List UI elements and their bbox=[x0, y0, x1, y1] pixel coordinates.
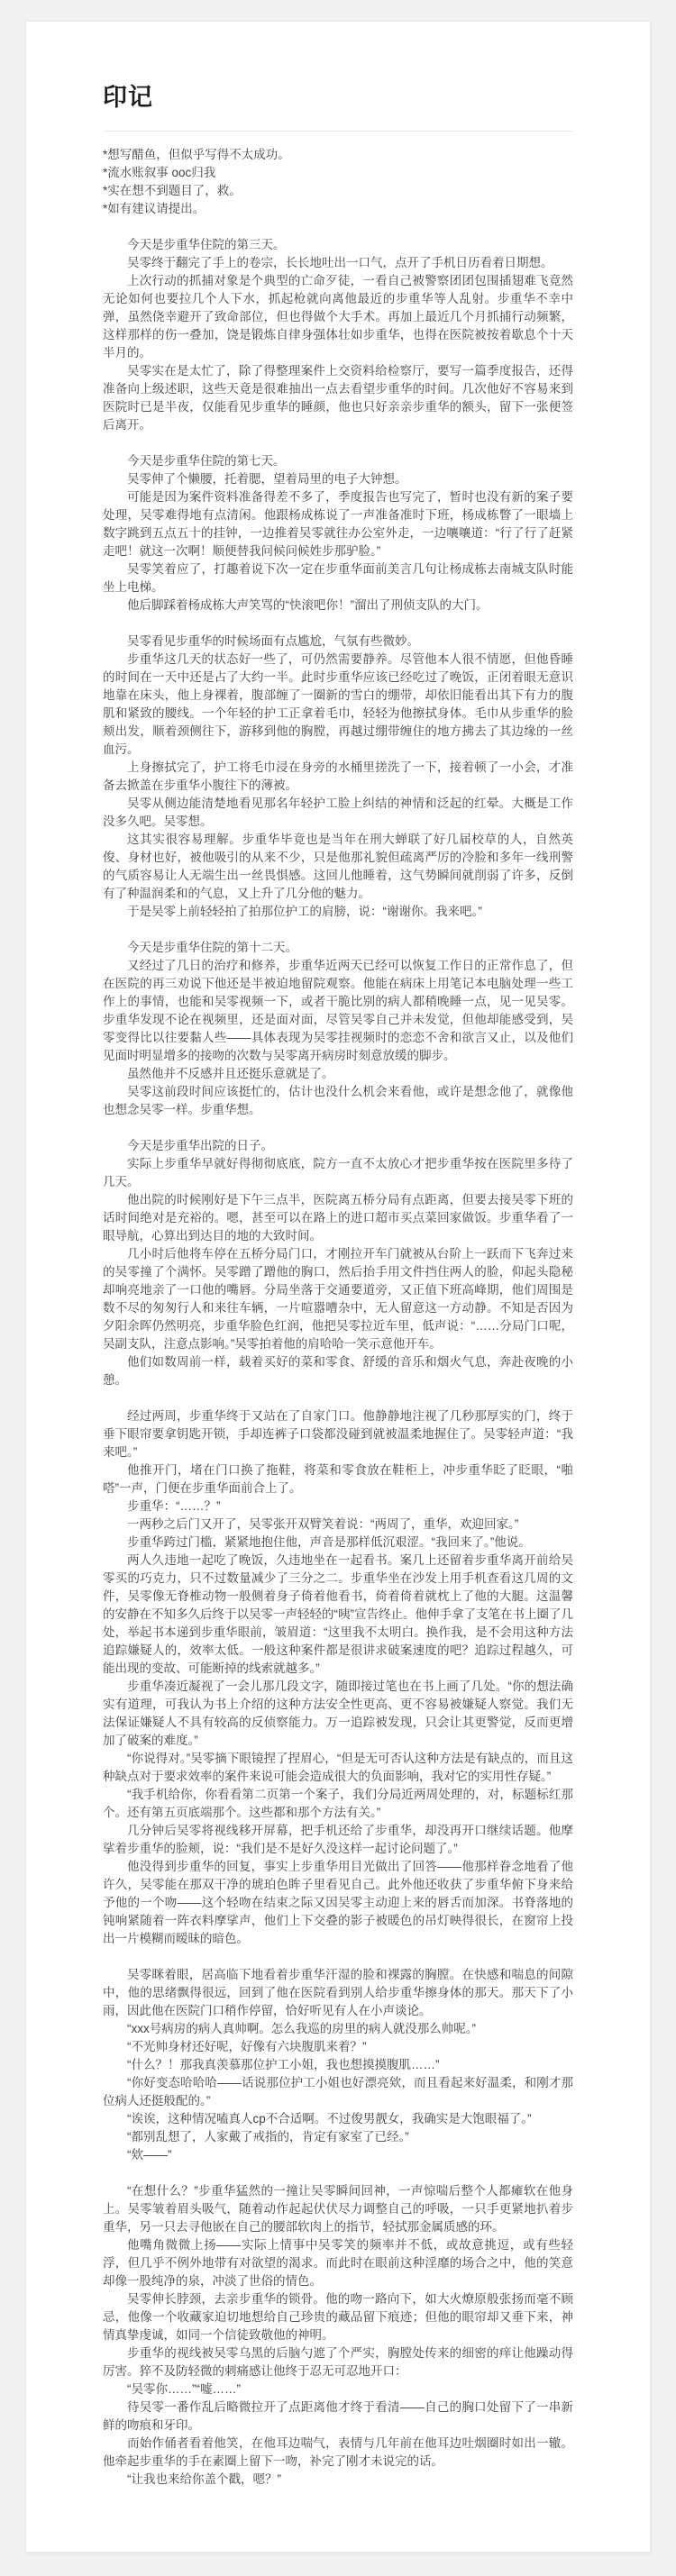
story-section: 经过两周，步重华终于又站在了自家门口。他静静地注视了几秒那厚实的门，终于垂下眼帘… bbox=[103, 1407, 573, 1948]
story-section: 吴零看见步重华的时候场面有点尴尬，气氛有些微妙。步重华这几天的状态好一些了，可仍… bbox=[103, 633, 573, 921]
story-paragraph: 虽然他并不反感并且还挺乐意就是了。 bbox=[103, 1065, 573, 1083]
story-paragraph: 今天是步重华出院的日子。 bbox=[103, 1137, 573, 1155]
author-notes: *想写醋鱼，但似乎写得不太成功。*流水账叙事 ooc归我*实在想不到题目了，救。… bbox=[103, 146, 573, 218]
story-paragraph: 可能是因为案件资料准备得差不多了，季度报告也写完了，暂时也没有新的案子要处理，吴… bbox=[103, 488, 573, 560]
story-paragraph: 经过两周，步重华终于又站在了自家门口。他静静地注视了几秒那厚实的门，终于垂下眼帘… bbox=[103, 1407, 573, 1461]
story-paragraph: 上身擦拭完了，护工将毛巾浸在身旁的水桶里搓洗了一下，接着顿了一小会，才准备去掀盖… bbox=[103, 759, 573, 795]
author-note-line: *流水账叙事 ooc归我 bbox=[103, 164, 573, 182]
story-paragraph: 上次行动的抓捕对象是个典型的亡命歹徒，一看自己被警察团团包围插翅难飞竟然无论如何… bbox=[103, 272, 573, 362]
story-paragraph: “你说得对。”吴零摘下眼镜捏了捏眉心，“但是无可否认这种方法是有缺点的，而且这种… bbox=[103, 1750, 573, 1786]
story-paragraph: “吴零你……”“嘘……” bbox=[103, 2380, 573, 2399]
story-paragraph: 步重华的视线被吴零乌黑的后脑勺遮了个严实，胸膛处传来的细密的痒让他躁动得厉害。猝… bbox=[103, 2344, 573, 2380]
story-paragraph: 步重华凑近凝视了一会儿那几段文字，随即接过笔也在书上画了几处。“你的想法确实有道… bbox=[103, 1678, 573, 1750]
story-paragraph: 步重华：“……？” bbox=[103, 1497, 573, 1516]
story-paragraph: “不光帅身材还好呢，好像有六块腹肌来着？” bbox=[103, 2038, 573, 2056]
story-paragraph: 而始作俑者看着他笑，在他耳边喘气，表情与几年前在他耳边吐烟圈时如出一辙。他牵起步… bbox=[103, 2435, 573, 2471]
story-paragraph: 他没得到步重华的回复，事实上步重华用目光做出了回答——他那样眷念地看了他许久，吴… bbox=[103, 1858, 573, 1948]
story-paragraph: 吴零眯着眼，居高临下地看着步重华汗湿的脸和裸露的胸膛。在快感和喘息的间隙中，他的… bbox=[103, 1966, 573, 2020]
story-paragraph: 他们如数周前一样，载着买好的菜和零食、舒缓的音乐和烟火气息，奔赴夜晚的小憩。 bbox=[103, 1353, 573, 1389]
story-paragraph: 待吴零一番作乱后略微拉开了点距离他才终于看清——自己的胸口处留下了一串新鲜的吻痕… bbox=[103, 2399, 573, 2435]
story-paragraph: 一两秒之后门又开了，吴零张开双臂笑着说：“两周了，重华，欢迎回家。” bbox=[103, 1516, 573, 1534]
story-paragraph: “xxx号病房的病人真帅啊。怎么我巡的房里的病人就没那么帅呢。” bbox=[103, 2020, 573, 2038]
story-paragraph: “你好变态哈哈哈——话说那位护工小姐也好漂亮欸，而且看起来好温柔，和刚才那位病人… bbox=[103, 2074, 573, 2110]
story-paragraph: 这其实很容易理解。步重华毕竟也是当年在刑大蝉联了好几届校草的人，自然英俊、身材也… bbox=[103, 831, 573, 903]
story-section: 今天是步重华住院的第十二天。又经过了几日的治疗和修养，步重华近两天已经可以恢复工… bbox=[103, 939, 573, 1119]
story-paragraph: 他嘴角微微上扬——实际上情事中吴零笑的频率并不低，或故意挑逗，或有些轻浮，但几乎… bbox=[103, 2236, 573, 2290]
story-paragraph: 吴零实在是太忙了，除了得整理案件上交资料给检察厅，要写一篇季度报告，还得准备向上… bbox=[103, 362, 573, 434]
document-card: 印记 *想写醋鱼，但似乎写得不太成功。*流水账叙事 ooc归我*实在想不到题目了… bbox=[25, 21, 651, 2553]
story-paragraph: 今天是步重华住院的第七天。 bbox=[103, 452, 573, 470]
story-paragraph: 吴零笑着应了，打趣着说下次一定在步重华面前美言几句让杨成栋去南城支队时能坐上电梯… bbox=[103, 560, 573, 596]
story-paragraph: 步重华跨过门槛，紧紧地抱住他，声音是那样低沉艰涩。“我回来了。”他说。 bbox=[103, 1534, 573, 1552]
story-paragraph: 吴零从侧边能清楚地看见那名年轻护工脸上纠结的神情和泛起的红晕。大概是工作没多久吧… bbox=[103, 795, 573, 831]
story-paragraph: 吴零伸长脖颈，去亲步重华的锁骨。他的吻一路向下，如大火燎原般张扬而毫不顾忌，他像… bbox=[103, 2290, 573, 2344]
story-paragraph: 于是吴零上前轻轻拍了拍那位护工的肩膀，说：“谢谢你。我来吧。” bbox=[103, 903, 573, 921]
story-paragraph: 吴零终于翻完了手上的卷宗，长长地吐出一口气，点开了手机日历看着日期想。 bbox=[103, 254, 573, 272]
story-paragraph: 他后脚踩着杨成栋大声笑骂的“快滚吧你！”溜出了刑侦支队的大门。 bbox=[103, 596, 573, 614]
story-section: “在想什么？”步重华猛然的一撞让吴零瞬间回神，一声惊喘后整个人都瘫软在他身上。吴… bbox=[103, 2182, 573, 2489]
story-paragraph: “欸——” bbox=[103, 2146, 573, 2164]
story-section: 今天是步重华出院的日子。实际上步重华早就好得彻彻底底，院方一直不太放心才把步重华… bbox=[103, 1137, 573, 1389]
story-paragraph: 实际上步重华早就好得彻彻底底，院方一直不太放心才把步重华按在医院里多待了几天。 bbox=[103, 1155, 573, 1191]
story-paragraph: “诶诶，这种情况嗑真人cp不合适啊。不过俊男靓女，我确实是大饱眼福了。” bbox=[103, 2110, 573, 2128]
story-paragraph: 几小时后他将车停在五桥分局门口，才刚拉开车门就被从台阶上一跃而下飞奔过来的吴零撞… bbox=[103, 1245, 573, 1353]
title-divider bbox=[103, 131, 573, 132]
page: 印记 *想写醋鱼，但似乎写得不太成功。*流水账叙事 ooc归我*实在想不到题目了… bbox=[0, 21, 676, 2553]
story-paragraph: “什么？！那我真羡慕那位护工小姐，我也想摸摸腹肌……” bbox=[103, 2056, 573, 2074]
story-section: 吴零眯着眼，居高临下地看着步重华汗湿的脸和裸露的胸膛。在快感和喘息的间隙中，他的… bbox=[103, 1966, 573, 2164]
story-paragraph: 今天是步重华住院的第三天。 bbox=[103, 236, 573, 254]
story-paragraph: 今天是步重华住院的第十二天。 bbox=[103, 939, 573, 957]
story-paragraph: 两人久违地一起吃了晚饭，久违地坐在一起看书。案几上还留着步重华离开前给吴零买的巧… bbox=[103, 1552, 573, 1678]
author-note-line: *想写醋鱼，但似乎写得不太成功。 bbox=[103, 146, 573, 164]
story-paragraph: “都别乱想了，人家戴了戒指的，肯定有家室了已经。” bbox=[103, 2128, 573, 2146]
story-paragraph: 吴零伸了个懒腰，托着腮，望着局里的电子大钟想。 bbox=[103, 470, 573, 488]
story-body: 今天是步重华住院的第三天。吴零终于翻完了手上的卷宗，长长地吐出一口气，点开了手机… bbox=[103, 236, 573, 2489]
story-paragraph: 吴零这前段时间应该挺忙的，估计也没什么机会来看他，或许是想念他了，就像他也想念吴… bbox=[103, 1083, 573, 1119]
story-paragraph: 又经过了几日的治疗和修养，步重华近两天已经可以恢复工作日的正常作息了，但在医院的… bbox=[103, 957, 573, 1065]
author-note-line: *实在想不到题目了，救。 bbox=[103, 182, 573, 200]
story-section: 今天是步重华住院的第三天。吴零终于翻完了手上的卷宗，长长地吐出一口气，点开了手机… bbox=[103, 236, 573, 434]
story-paragraph: 几分钟后吴零将视线移开屏幕，把手机还给了步重华，却没再开口继续话题。他摩挲着步重… bbox=[103, 1822, 573, 1858]
story-paragraph: 步重华这几天的状态好一些了，可仍然需要静养。尽管他本人很不情愿，但他昏睡的时间在… bbox=[103, 651, 573, 759]
story-paragraph: 他出院的时候刚好是下午三点半，医院离五桥分局有点距离，但要去接吴零下班的话时间绝… bbox=[103, 1191, 573, 1245]
document-title: 印记 bbox=[103, 77, 573, 113]
story-paragraph: “在想什么？”步重华猛然的一撞让吴零瞬间回神，一声惊喘后整个人都瘫软在他身上。吴… bbox=[103, 2182, 573, 2236]
story-paragraph: 他推开门，堵在门口换了拖鞋，将菜和零食放在鞋柜上，冲步重华眨了眨眼，“啪嗒”一声… bbox=[103, 1461, 573, 1497]
story-paragraph: “我手机给你，你看看第二页第一个案子，我们分局近两周处理的，对，标题标红那个。还… bbox=[103, 1786, 573, 1822]
author-note-line: *如有建议请提出。 bbox=[103, 200, 573, 218]
story-section: 今天是步重华住院的第七天。吴零伸了个懒腰，托着腮，望着局里的电子大钟想。可能是因… bbox=[103, 452, 573, 614]
story-paragraph: “让我也来给你盖个戳，嗯？” bbox=[103, 2471, 573, 2489]
story-paragraph: 吴零看见步重华的时候场面有点尴尬，气氛有些微妙。 bbox=[103, 633, 573, 651]
